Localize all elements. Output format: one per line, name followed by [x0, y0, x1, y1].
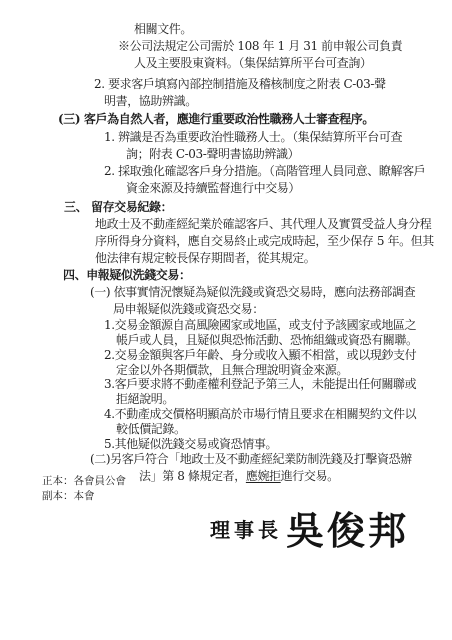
doc-line: 4.不動產成交價格明顯高於市場行情且要求在相關契約文件以: [104, 407, 416, 421]
doc-line-company-law-note: ※公司法規定公司需於 108 年 1 月 31 前申報公司負責: [118, 39, 402, 53]
doc-line: 5.其他疑似洗錢交易或資恐情事。: [104, 437, 277, 451]
doc-line: 2. 要求客戶填寫內部控制措施及稽核制度之附表 C-03-聲: [94, 77, 386, 91]
doc-line: 較低價記錄。: [116, 422, 186, 436]
distribution-copy: 副本：本會: [42, 489, 95, 503]
doc-line: 2. 採取強化確認客戶身分措施。（高階管理人員同意、瞭解客戶: [104, 164, 425, 178]
doc-line: (二)另客戶符合「地政士及不動產經紀業防制洗錢及打擊資恐辦: [90, 452, 412, 466]
doc-line: 相關文件。: [134, 22, 192, 36]
final-clause-pre: 法」第 8 條規定者，: [139, 469, 246, 483]
heading-natural-person-pep: (三) 客戶為自然人者，應進行重要政治性職務人士審查程序。: [58, 112, 374, 126]
doc-line: 詢；附表 C-03-聲明書協助辨識）: [126, 147, 299, 161]
heading-report-suspicious-transactions: 四、申報疑似洗錢交易：: [63, 268, 191, 282]
doc-line: 地政士及不動產經紀業於確認客戶、其代理人及實質受益人身分程: [95, 217, 431, 231]
doc-line: 1.交易金額源自高風險國家或地區，或支付予該國家或地區之: [104, 318, 416, 332]
signature-title: 理事長: [210, 514, 282, 543]
doc-line: 資金來源及持續監督進行中交易）: [126, 181, 300, 195]
document-page: 相關文件。 ※公司法規定公司需於 108 年 1 月 31 前申報公司負責 人及…: [0, 0, 452, 640]
doc-line: 帳戶或人員，且疑似與恐怖活動、恐怖組織或資恐有關聯。: [116, 333, 418, 347]
signature-name: 吳俊邦: [286, 500, 409, 555]
doc-line: 3.客戶要求將不動產權利登記予第三人，未能提出任何關聯或: [104, 377, 416, 391]
doc-line: 明書，協助辨識。: [104, 94, 197, 108]
doc-line: (一) 依事實情況懷疑為疑似洗錢或資恐交易時，應向法務部調查: [90, 285, 415, 299]
heading-retain-transaction-records: 三、 留存交易紀錄：: [64, 200, 172, 214]
doc-line: 序所得身分資料，應自交易終止或完成時起，至少保存 5 年。但其: [95, 234, 434, 248]
doc-line: 2.交易金額與客戶年齡、身分或收入顯不相當，或以現鈔支付: [104, 348, 416, 362]
doc-line: 定金以外各期價款，且無合理說明資金來源。: [116, 363, 348, 377]
doc-line: 人及主要股東資料。（集保結算所平台可查詢）: [134, 56, 372, 70]
doc-line: 1. 辨識是否為重要政治性職務人士。（集保結算所平台可查: [104, 130, 402, 144]
doc-line: 他法律有規定較長保存期間者，從其規定。: [95, 251, 315, 265]
final-clause-post: 進行交易。: [281, 469, 339, 483]
doc-line: 局申報疑似洗錢或資恐交易：: [113, 302, 264, 316]
final-clause-emphasis: 應婉拒: [246, 469, 281, 483]
doc-line: 拒絕說明。: [116, 392, 174, 406]
doc-line-final-clause: 法」第 8 條規定者，應婉拒進行交易。: [139, 469, 339, 483]
distribution-original: 正本：各會員公會: [42, 474, 126, 488]
